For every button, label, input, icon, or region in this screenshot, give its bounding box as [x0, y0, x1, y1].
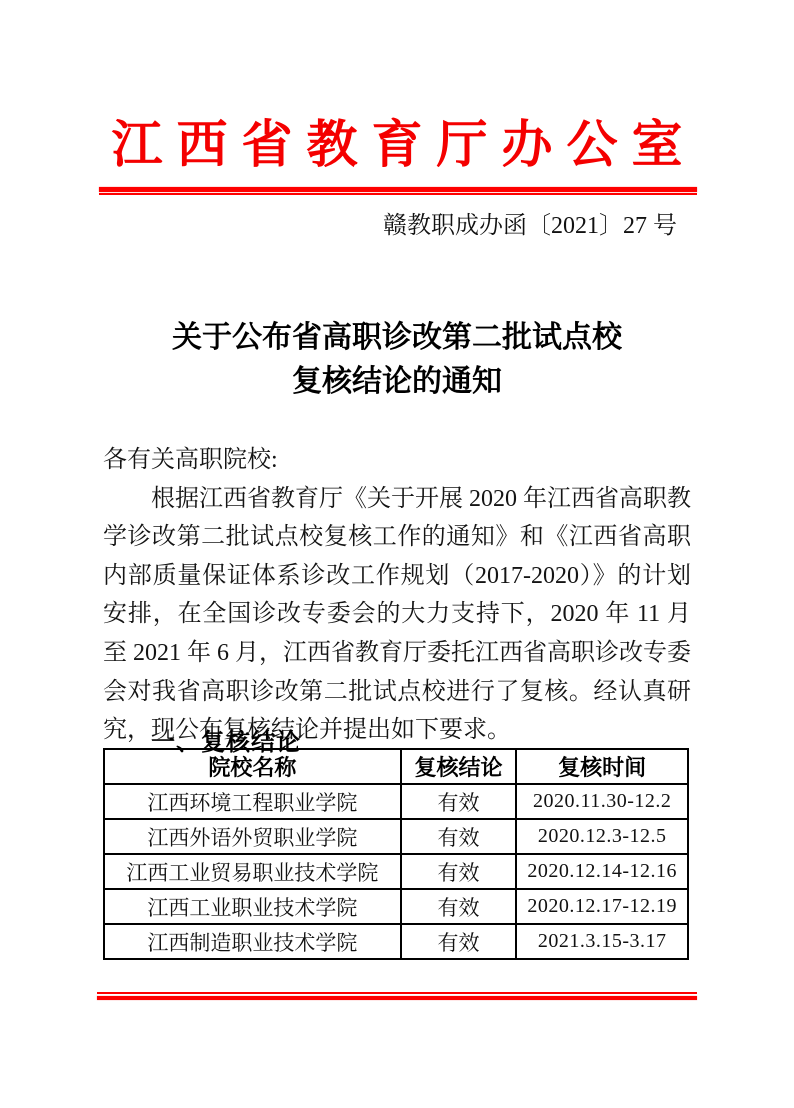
body-paragraph: 根据江西省教育厅《关于开展 2020 年江西省高职教学诊改第二批试点校复核工作的… — [103, 480, 691, 750]
review-result-cell: 有效 — [401, 924, 517, 959]
review-date-cell: 2021.3.15-3.17 — [516, 924, 688, 959]
footer-rule-thick-line — [97, 996, 697, 1001]
school-name-cell: 江西制造职业技术学院 — [104, 924, 401, 959]
table-header-row: 院校名称 复核结论 复核时间 — [104, 749, 688, 784]
column-header-review-date: 复核时间 — [516, 749, 688, 784]
review-result-cell: 有效 — [401, 819, 517, 854]
table-row: 江西环境工程职业学院有效2020.11.30-12.2 — [104, 784, 688, 819]
table-row: 江西制造职业技术学院有效2021.3.15-3.17 — [104, 924, 688, 959]
review-date-cell: 2020.12.14-12.16 — [516, 854, 688, 889]
review-result-cell: 有效 — [401, 784, 517, 819]
school-name-cell: 江西环境工程职业学院 — [104, 784, 401, 819]
school-name-cell: 江西工业贸易职业技术学院 — [104, 854, 401, 889]
document-title-line2: 复核结论的通知 — [0, 360, 794, 404]
review-result-cell: 有效 — [401, 854, 517, 889]
school-name-cell: 江西外语外贸职业学院 — [104, 819, 401, 854]
column-header-review-result: 复核结论 — [401, 749, 517, 784]
document-page: 江西省教育厅办公室 赣教职成办函〔2021〕27 号 关于公布省高职诊改第二批试… — [0, 0, 794, 1108]
table-row: 江西工业贸易职业技术学院有效2020.12.14-12.16 — [104, 854, 688, 889]
review-table-body: 江西环境工程职业学院有效2020.11.30-12.2江西外语外贸职业学院有效2… — [104, 784, 688, 959]
review-date-cell: 2020.12.17-12.19 — [516, 889, 688, 924]
salutation: 各有关高职院校: — [103, 441, 691, 480]
review-date-cell: 2020.12.3-12.5 — [516, 819, 688, 854]
document-title: 关于公布省高职诊改第二批试点校 复核结论的通知 — [0, 316, 794, 404]
table-row: 江西工业职业技术学院有效2020.12.17-12.19 — [104, 889, 688, 924]
table-row: 江西外语外贸职业学院有效2020.12.3-12.5 — [104, 819, 688, 854]
review-result-cell: 有效 — [401, 889, 517, 924]
header-red-rule — [99, 187, 697, 195]
header-rule-thin-line — [99, 193, 697, 195]
document-number: 赣教职成办函〔2021〕27 号 — [0, 209, 794, 243]
review-date-cell: 2020.11.30-12.2 — [516, 784, 688, 819]
column-header-school-name: 院校名称 — [104, 749, 401, 784]
document-body: 各有关高职院校: 根据江西省教育厅《关于开展 2020 年江西省高职教学诊改第二… — [103, 441, 691, 750]
document-title-line1: 关于公布省高职诊改第二批试点校 — [0, 316, 794, 360]
letterhead-title: 江西省教育厅办公室 — [0, 114, 794, 178]
school-name-cell: 江西工业职业技术学院 — [104, 889, 401, 924]
footer-red-rule — [97, 992, 697, 1000]
review-conclusion-table: 院校名称 复核结论 复核时间 江西环境工程职业学院有效2020.11.30-12… — [103, 748, 689, 960]
